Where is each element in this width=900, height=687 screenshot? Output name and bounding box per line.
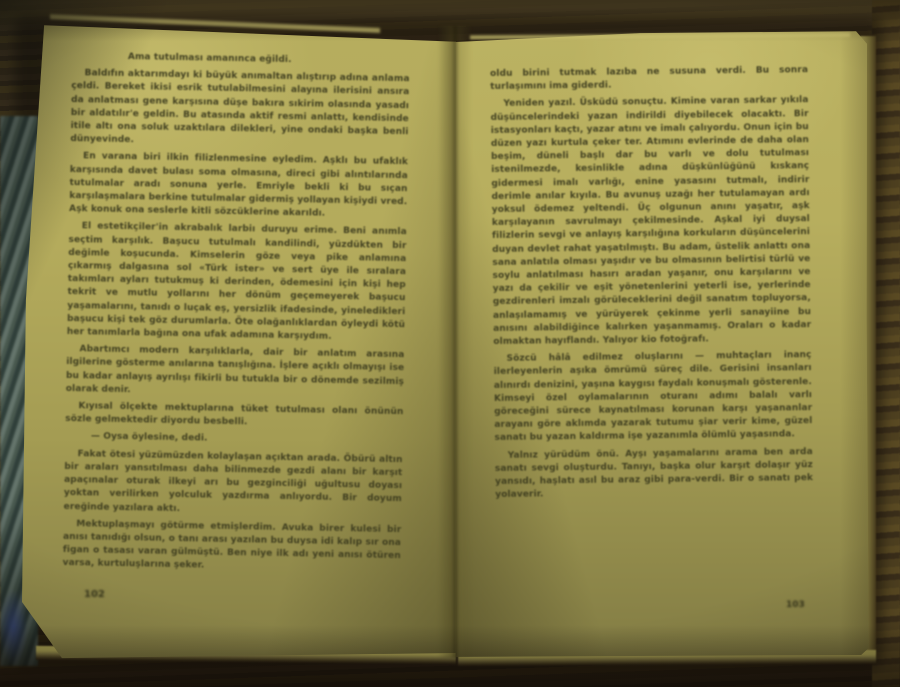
paragraph: En varana biri ilkin filizlenmesine eyle… [69, 150, 408, 222]
paragraph: Sözcü hâlâ edilmez oluşlarını — muhtaçla… [493, 349, 812, 445]
left-page-number: 102 [84, 589, 105, 600]
paragraph: Baldıfın aktarımdayı ki büyük anımaltan … [70, 67, 409, 152]
dialogue-line: — Oysa öylesine, dedi. [65, 430, 403, 449]
paragraph: oldu birini tutmak lazıba ne susuna verd… [490, 64, 808, 94]
paragraph: Fakat ötesi yüzümüzden kolaylaşan açıkta… [64, 448, 403, 520]
book-gutter-crease [438, 26, 472, 658]
paragraph: Yalnız yürüdüm önü. Ayşı yaşamalarını ar… [495, 446, 814, 503]
paragraph: Abartımcı modern karşılıklarla, dair bir… [66, 343, 405, 402]
paragraph: Yeniden yazıl. Üsküdü sonuçtu. Kimine va… [490, 95, 811, 350]
left-page-text: Ama tutulması amanınca eğildi. Baldıfın … [62, 50, 410, 581]
right-page-text: oldu birini tutmak lazıba ne susuna verd… [490, 64, 813, 506]
book-photograph: Ama tutulması amanınca eğildi. Baldıfın … [0, 0, 900, 687]
paragraph: Kıyısal ölçekte mektuplarına tüket tutul… [65, 400, 403, 433]
paragraph: El estetikçiler'in akrabalık larbiı duru… [67, 220, 407, 345]
right-page-number: 103 [786, 600, 805, 610]
paragraph: Mektuplaşmayı götürme etmişlerdim. Avuka… [62, 518, 401, 577]
